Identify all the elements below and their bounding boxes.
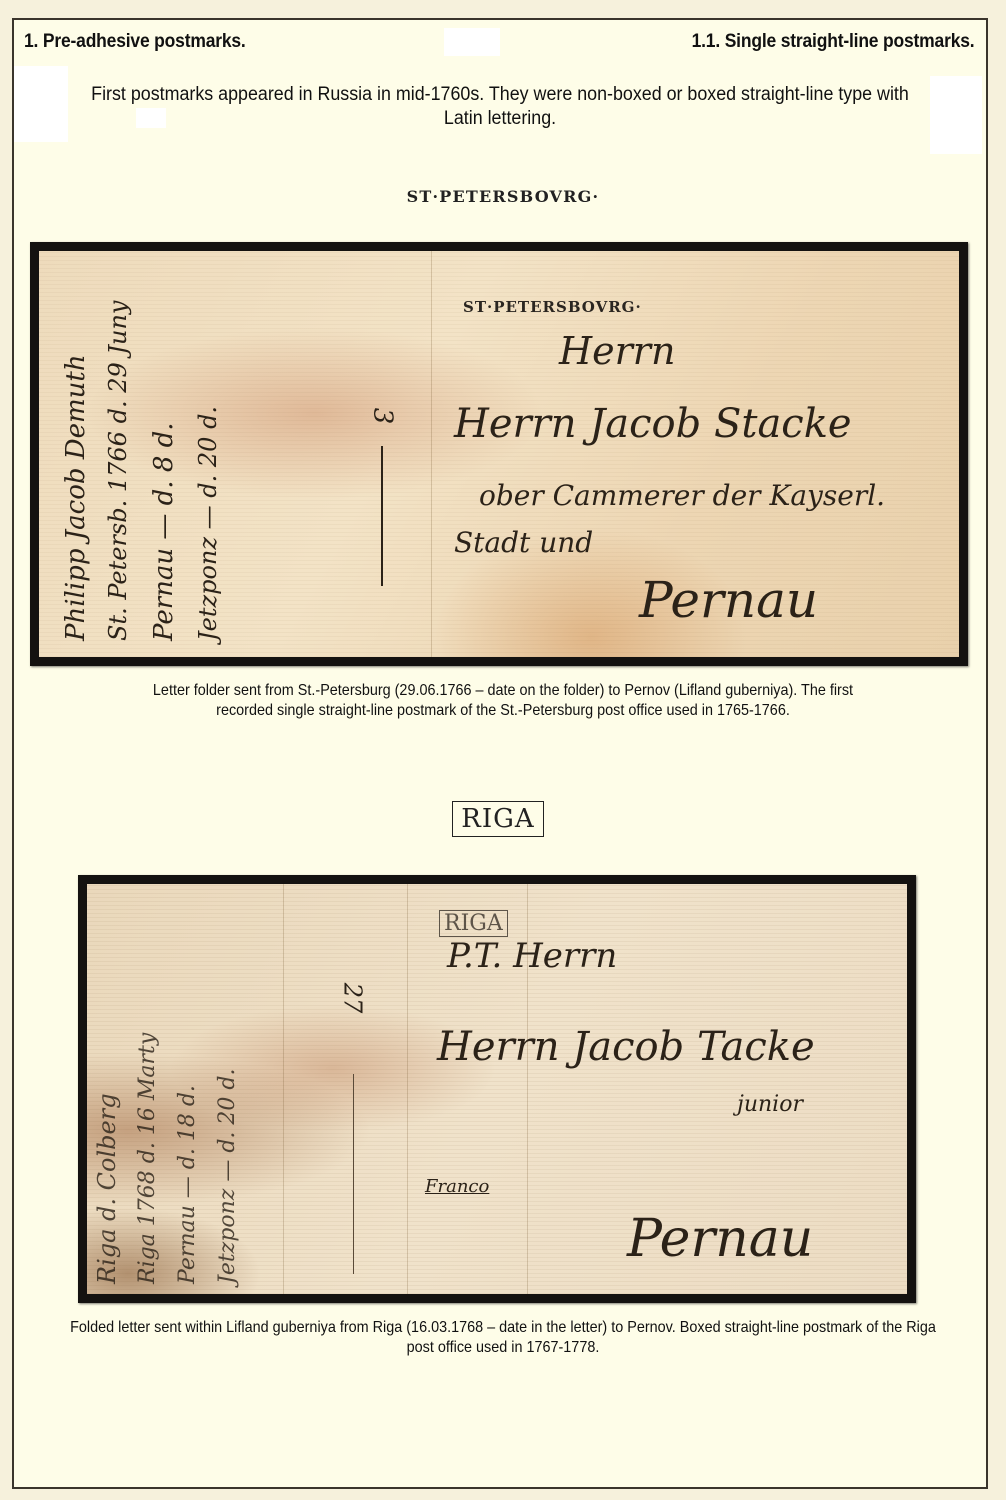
postmark-on-cover: ST·PETERSBOVRG· (463, 298, 642, 316)
address-line: Pernau (627, 1209, 813, 1269)
franco-mark: Franco (425, 1176, 489, 1197)
docket-line: St. Petersb. 1766 d. 29 Juny (104, 301, 132, 641)
address-line: Stadt und (454, 526, 593, 559)
caption-spb: Letter folder sent from St.-Petersburg (… (50, 681, 955, 721)
intro-text: First postmarks appeared in Russia in mi… (86, 83, 913, 131)
address-line: ober Cammerer der Kayserl. (479, 479, 885, 512)
docket-line: Philipp Jacob Demuth (61, 354, 91, 641)
section-title: 1. Pre-adhesive postmarks. (24, 31, 246, 53)
postmark-illustration-riga: RIGA (452, 801, 544, 837)
blank-patch (14, 66, 68, 142)
postmark-illustration-spb: ST·PETERSBOVRG· (0, 187, 1006, 206)
docket-line: Jetzponz — d. 20 d. (194, 406, 222, 641)
boxed-postmark-on-cover: RIGA (439, 910, 508, 937)
cover-image-spb: ST·PETERSBOVRG· Herrn Herrn Jacob Stacke… (30, 242, 968, 666)
address-line: Herrn Jacob Stacke (454, 401, 852, 447)
blank-patch (444, 28, 500, 56)
address-line: P.T. Herrn (447, 936, 617, 976)
letter-paper: RIGA P.T. Herrn Herrn Jacob Tacke junior… (87, 884, 907, 1294)
rate-mark: 3 (367, 408, 397, 425)
fold-line (431, 251, 432, 657)
letter-paper: ST·PETERSBOVRG· Herrn Herrn Jacob Stacke… (39, 251, 959, 657)
address-line: junior (737, 1092, 803, 1117)
fold-line (407, 884, 408, 1294)
rate-stroke (381, 446, 383, 586)
blank-patch (930, 76, 982, 154)
docket-line: Jetzponz — d. 20 d. (215, 1069, 240, 1284)
cover-image-riga: RIGA P.T. Herrn Herrn Jacob Tacke junior… (78, 875, 916, 1303)
docket-line: Pernau — d. 8 d. (149, 422, 179, 641)
docket-line: Riga 1768 d. 16 Marty (135, 1033, 160, 1284)
address-line: Pernau (639, 571, 818, 629)
docket-line: Pernau — d. 18 d. (175, 1085, 200, 1284)
docket-line: Riga d. Colberg (93, 1093, 121, 1284)
address-line: Herrn (559, 329, 675, 373)
caption-riga: Folded letter sent within Lifland gubern… (50, 1318, 955, 1358)
subsection-title: 1.1. Single straight-line postmarks. (691, 31, 974, 53)
address-line: Herrn Jacob Tacke (437, 1024, 815, 1070)
fold-line (283, 884, 284, 1294)
rate-stroke (353, 1074, 354, 1274)
rate-mark: 27 (338, 983, 366, 1014)
